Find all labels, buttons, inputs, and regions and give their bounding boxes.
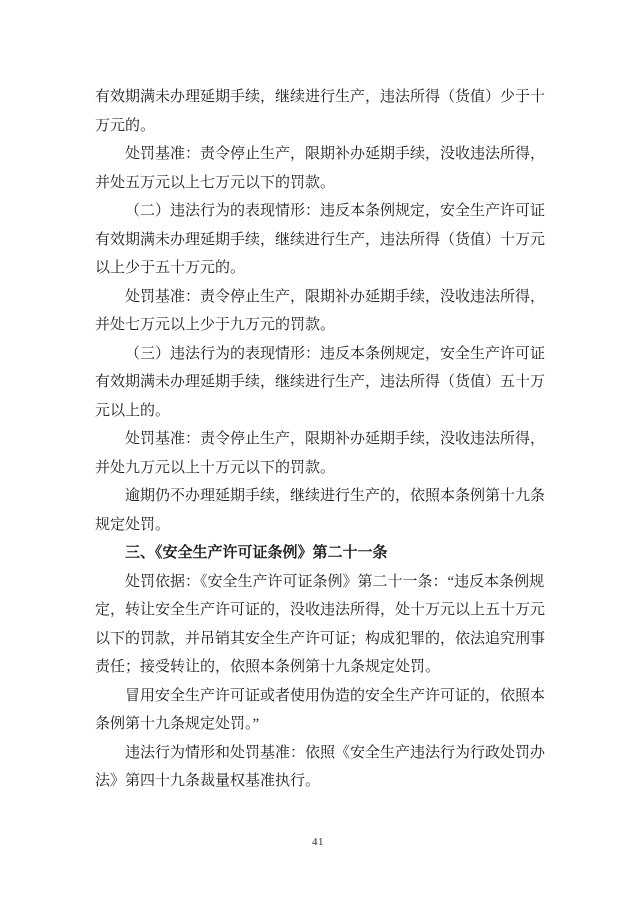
- text-line: 以下的罚款，并吊销其安全生产许可证；构成犯罪的，依法追究刑事: [95, 625, 547, 654]
- text-line: 处罚基准：责令停止生产，限期补办延期手续，没收违法所得，: [95, 425, 547, 454]
- page-number: 41: [312, 836, 324, 848]
- text-line: 规定处罚。: [95, 511, 547, 540]
- text-line: 定，转让安全生产许可证的，没收违法所得，处十万元以上五十万元: [95, 596, 547, 625]
- text-line: 元以上的。: [95, 397, 547, 426]
- paragraph: 逾期仍不办理延期手续，继续进行生产的，依照本条例第十九条规定处罚。: [95, 482, 547, 539]
- text-line: 处罚基准：责令停止生产，限期补办延期手续，没收违法所得，: [95, 283, 547, 312]
- text-line: 法》第四十九条裁量权基准执行。: [95, 767, 547, 796]
- text-line: 处罚依据：《安全生产许可证条例》第二十一条：“违反本条例规: [95, 568, 547, 597]
- text-line: 并处五万元以上七万元以下的罚款。: [95, 169, 547, 198]
- paragraph: 处罚基准：责令停止生产，限期补办延期手续，没收违法所得，并处九万元以上十万元以下…: [95, 425, 547, 482]
- text-line: （二）违法行为的表现情形：违反本条例规定，安全生产许可证: [95, 197, 547, 226]
- paragraph: 处罚依据：《安全生产许可证条例》第二十一条：“违反本条例规定，转让安全生产许可证…: [95, 568, 547, 682]
- text-line: 处罚基准：责令停止生产，限期补办延期手续，没收违法所得，: [95, 140, 547, 169]
- text-line: 条例第十九条规定处罚。”: [95, 710, 547, 739]
- text-block: 有效期满未办理延期手续，继续进行生产，违法所得（货值）少于十万元的。处罚基准：责…: [95, 83, 547, 796]
- text-line: 冒用安全生产许可证或者使用伪造的安全生产许可证的，依照本: [95, 682, 547, 711]
- text-line: 责任；接受转让的，依照本条例第十九条规定处罚。: [95, 653, 547, 682]
- paragraph: 冒用安全生产许可证或者使用伪造的安全生产许可证的，依照本条例第十九条规定处罚。”: [95, 682, 547, 739]
- paragraph: 违法行为情形和处罚基准：依照《安全生产违法行为行政处罚办法》第四十九条裁量权基准…: [95, 739, 547, 796]
- text-line: 并处九万元以上十万元以下的罚款。: [95, 454, 547, 483]
- document-page: 有效期满未办理延期手续，继续进行生产，违法所得（货值）少于十万元的。处罚基准：责…: [0, 0, 636, 900]
- text-line: 三、《安全生产许可证条例》第二十一条: [95, 539, 547, 568]
- text-line: 逾期仍不办理延期手续，继续进行生产的，依照本条例第十九条: [95, 482, 547, 511]
- paragraph: （二）违法行为的表现情形：违反本条例规定，安全生产许可证有效期满未办理延期手续，…: [95, 197, 547, 283]
- text-line: 有效期满未办理延期手续，继续进行生产，违法所得（货值）五十万: [95, 368, 547, 397]
- text-line: （三）违法行为的表现情形：违反本条例规定，安全生产许可证: [95, 340, 547, 369]
- text-line: 有效期满未办理延期手续，继续进行生产，违法所得（货值）十万元: [95, 226, 547, 255]
- text-line: 并处七万元以上少于九万元的罚款。: [95, 311, 547, 340]
- text-line: 有效期满未办理延期手续，继续进行生产，违法所得（货值）少于十: [95, 83, 547, 112]
- paragraph: （三）违法行为的表现情形：违反本条例规定，安全生产许可证有效期满未办理延期手续，…: [95, 340, 547, 426]
- text-line: 以上少于五十万元的。: [95, 254, 547, 283]
- paragraph: 有效期满未办理延期手续，继续进行生产，违法所得（货值）少于十万元的。: [95, 83, 547, 140]
- paragraph: 处罚基准：责令停止生产，限期补办延期手续，没收违法所得，并处七万元以上少于九万元…: [95, 283, 547, 340]
- paragraph: 处罚基准：责令停止生产，限期补办延期手续，没收违法所得，并处五万元以上七万元以下…: [95, 140, 547, 197]
- section-heading: 三、《安全生产许可证条例》第二十一条: [95, 539, 547, 568]
- page-footer: 41: [0, 832, 636, 850]
- text-line: 违法行为情形和处罚基准：依照《安全生产违法行为行政处罚办: [95, 739, 547, 768]
- text-line: 万元的。: [95, 112, 547, 141]
